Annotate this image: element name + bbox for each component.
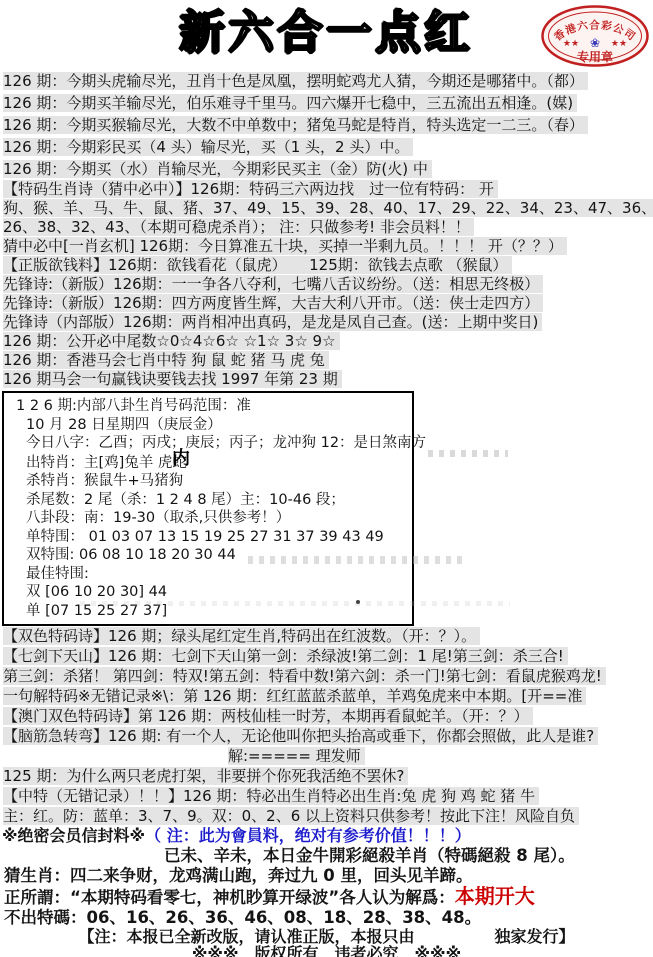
section-zhongte: 【中特（无错记录）！！】126 期：特必出生肖特必出生肖:兔 虎 狗 鸡 蛇 猪…	[0, 786, 653, 826]
box-line: 10 月 28 日星期四（庚辰金）	[12, 416, 412, 435]
tip-line: 126 期：今期买（水）肖输尽光，今期彩民买主（金）防(火) 中	[0, 158, 653, 180]
member-note-blue: （ 注：此为會員料，绝对有参考价值！！！）	[145, 826, 471, 845]
header: 新六合一点红 香港六合彩公司 ★★ ❀ ★★ 专用章	[0, 0, 653, 70]
zodiac-line: 猜中必中[一肖玄机] 126期：今日算准五十块，买掉一半剩九员。！！！ 开（？？…	[0, 237, 653, 256]
zodiac-line: 【特码生肖诗（猜中必中）】126期：特码三六两边找 过一位有特码： 开	[0, 180, 653, 199]
print-artifact-smudge	[80, 601, 510, 606]
section-pioneer-poems: 先锋诗:（新版）126期：一一争各八夺利，七嘴八舌议纷纷。（送：相思无终极） 先…	[0, 275, 653, 389]
tip-line: 126 期：今期买猴输尽光，大数不中单数中；猪兔马蛇是特肖，特头选定一二三。（春…	[0, 114, 653, 136]
brain-line: 【脑筋急转弯】126 期: 有一个人，无论他叫你把头抬高或垂下，你都会照做，此人…	[0, 726, 653, 746]
stamp-stars-right-icon: ★★	[611, 39, 627, 49]
pioneer-line: 126 期马会一句赢钱诀要钱去找 1997 年第 23 期	[0, 370, 653, 389]
zhongte-line: 主：红。防：蓝单：3、7、9。双：0、2、6 以上资料只供参考！按此下注！风险自…	[0, 806, 653, 826]
brain-line: 125 期：为什么两只老虎打架，非要拼个你死我活绝不罢休?	[0, 766, 653, 786]
print-artifact-smudge	[428, 450, 508, 457]
bold-line-saying: 正所謂：“本期特码看零七，神机眇算开绿波”各人认为解爲：本期开大	[0, 886, 653, 908]
section-zodiac-poem: 【特码生肖诗（猜中必中）】126期：特码三六两边找 过一位有特码： 开 狗、猴、…	[0, 180, 653, 275]
box-line: 单特围： 01 03 07 13 15 19 25 27 31 37 39 43…	[12, 528, 412, 547]
mid-line: 一句解特码※无错记录※\：第 126 期：红红蓝蓝杀蓝单，羊鸡兔虎来中本期。[开…	[0, 686, 653, 706]
pioneer-line: 先锋诗（内部版）126期：两肖相冲出真码，是龙是凤自己查。(送：上期中奖日)	[0, 313, 653, 332]
stamp-label: 专用章	[577, 49, 613, 64]
stamp-stars-left-icon: ★★	[563, 39, 579, 49]
section-tip-verses: 126 期：今期头虎输尽光，丑肖十色是凤凰，摆明蛇鸡尤人猜，今期还是哪猪中。（都…	[0, 70, 653, 180]
box-line: 出特肖：主[鸡]兔羊 虎蛇内	[12, 453, 412, 473]
mid-line: 【双色特码诗】126 期；绿头尾红定生肖,特码出在红波数。（开：？）。	[0, 626, 653, 646]
zhongte-line: 【中特（无错记录）！！】126 期：特必出生肖特必出生肖:兔 虎 狗 鸡 蛇 猪…	[0, 786, 653, 806]
bagua-info-box: 1 2 6 期:内部八卦生肖号码范围：准 10 月 28 日星期四（庚辰金） 今…	[2, 391, 414, 626]
mid-line: 【七剑下天山】126 期：七剑下天山第一剑：杀绿波!第二剑：1 尾!第三剑：杀三…	[0, 646, 653, 666]
tip-line: 126 期：今期头虎输尽光，丑肖十色是凤凰，摆明蛇鸡尤人猜，今期还是哪猪中。（都…	[0, 70, 653, 92]
zodiac-line: 狗、猴、羊、马、牛、鼠、猪、37、49、15、39、28、40、17、29、22…	[0, 199, 653, 218]
tip-line: 126 期：今期买羊输尽光，伯乐难寻千里马。四六爆开七稳中，三五流出五相逢。(媒…	[0, 92, 653, 114]
footer-copyright: ※※※ 版权所有 违者必究 ※※※	[0, 945, 653, 957]
footer-notice: 【注：本报已全新改版，请认准正版，本报只由 独家发行】	[0, 928, 653, 945]
section-bold-predictions: 已未、辛未，本日金牛開彩絕殺羊肖（特碼絕殺 8 尾）。 猜生肖：四二来争财，龙鸡…	[0, 846, 653, 928]
box-line: 双 [06 10 20 30] 44	[12, 583, 412, 602]
section-middle-poems: 【双色特码诗】126 期；绿头尾红定生肖,特码出在红波数。（开：？）。 【七剑下…	[0, 626, 653, 726]
zodiac-line: 【正版欲钱料】126期：欲钱看花（鼠虎） 125期：欲钱去点歌 （猴鼠）	[0, 256, 653, 275]
pioneer-line: 先锋诗:（新版）126期：四方两度皆生辉，大吉大利八开市。（送：侠士走四方）	[0, 294, 653, 313]
tip-line: 126 期：今期彩民买（4 头）输尽光，买（1 头，2 头）中。	[0, 136, 653, 158]
lottery-flyer-page: { "title": "新六合一点红", "stamp": { "arc": "…	[0, 0, 653, 957]
box-line: 今日八字：乙酉；丙戌；庚辰；丙子；龙冲狗 12：是日煞南方	[12, 434, 412, 453]
box-line: 1 2 6 期:内部八卦生肖号码范围：准	[12, 397, 412, 416]
zodiac-line: 26、38、32、43、（本期可稳虎杀肖）； 注：只做参考! 非会员料！！	[0, 218, 653, 237]
print-artifact-smudge	[248, 556, 468, 564]
pioneer-line: 126 期：香港马会七肖中特 狗 鼠 蛇 猪 马 虎 兔	[0, 351, 653, 370]
mid-line: 【澳门双色特码诗】第 126 期：两枝仙桂一时芳，本期再看鼠蛇羊。（开：？）	[0, 706, 653, 726]
pioneer-line: 先锋诗:（新版）126期：一一争各八夺利，七嘴八舌议纷纷。（送：相思无终极）	[0, 275, 653, 294]
member-material-line: ※绝密会员信封料※（ 注：此为會員料，绝对有参考价值！！！）	[0, 826, 653, 846]
pioneer-line: 126 期：公开必中尾数☆0☆4☆6☆ ☆1☆ 3☆ 9☆	[0, 332, 653, 351]
box-line: 八卦段：南：19-30（取杀,只供参考！）	[12, 509, 412, 528]
section-footer: 【注：本报已全新改版，请认准正版，本报只由 独家发行】 ※※※ 版权所有 违者必…	[0, 928, 653, 957]
box-line: 杀尾数：2 尾（杀：1 2 4 8 尾）主：10-46 段；	[12, 491, 412, 510]
print-artifact-glyph: 内	[172, 450, 190, 469]
box-line: 最佳特围:	[12, 565, 412, 584]
member-label: ※绝密会员信封料※	[2, 826, 145, 845]
print-artifact-dot	[356, 600, 360, 604]
mid-line: 第三剑：杀猪！ 第四剑：特双!第五剑：特看中数!第六剑：杀一门!第七剑：看鼠虎猴…	[0, 666, 653, 686]
bold-line-exclude: 不出特碼：06、16、26、36、46、08、18、28、38、48。	[0, 908, 653, 928]
stamp-flower-icon: ❀	[590, 36, 600, 50]
box-line: 杀特肖：猴鼠牛+马猪狗	[12, 472, 412, 491]
brain-answer-line: 解:===== 理发师	[0, 746, 653, 766]
bold-line-guess: 猜生肖：四二来争财，龙鸡满山跑，奔过九 0 里，回头见羊蹄。	[0, 866, 653, 886]
bold-line-kill: 已未、辛未，本日金牛開彩絕殺羊肖（特碼絕殺 8 尾）。	[160, 846, 653, 866]
highlight-open-big: 本期开大	[455, 884, 535, 908]
section-brain-teaser: 【脑筋急转弯】126 期: 有一个人，无论他叫你把头抬高或垂下，你都会照做，此人…	[0, 726, 653, 786]
company-seal-stamp: 香港六合彩公司 ★★ ❀ ★★ 专用章	[540, 4, 650, 68]
